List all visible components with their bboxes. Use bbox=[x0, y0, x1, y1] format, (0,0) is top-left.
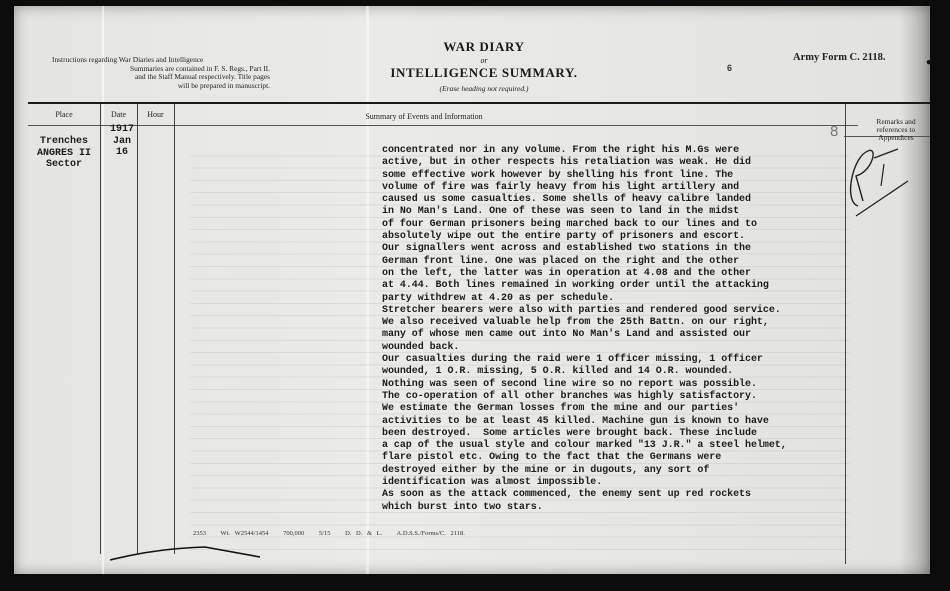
summary-line: which burst into two stars. bbox=[382, 502, 852, 514]
remarks-initials-signature bbox=[838, 146, 918, 226]
summary-line: Stretcher bearers were also with parties… bbox=[382, 305, 852, 317]
summary-line: activities to be at least 45 killed. Mac… bbox=[382, 416, 852, 428]
summary-line: We estimate the German losses from the m… bbox=[382, 403, 852, 415]
fold-crease bbox=[102, 6, 104, 574]
title-intelligence-summary: INTELLIGENCE SUMMARY. bbox=[364, 65, 604, 81]
summary-line: concentrated nor in any volume. From the… bbox=[382, 145, 852, 157]
summary-line: wounded, 1 O.R. missing, 5 O.R. killed a… bbox=[382, 366, 852, 378]
entry-place: Trenches ANGRES II Sector bbox=[28, 136, 100, 171]
summary-line: in No Man's Land. One of these was seen … bbox=[382, 206, 852, 218]
title-note: (Erase heading not required.) bbox=[364, 84, 604, 93]
summary-line: many of whose men came out into No Man's… bbox=[382, 329, 852, 341]
column-divider bbox=[100, 104, 101, 554]
army-form-number: Army Form C. 2118. bbox=[793, 52, 885, 63]
column-divider bbox=[174, 104, 175, 554]
summary-line: been destroyed. Some articles were broug… bbox=[382, 428, 852, 440]
sheet-number: 8 bbox=[830, 123, 838, 140]
page-number: 6 bbox=[727, 63, 732, 73]
form-title: WAR DIARY or INTELLIGENCE SUMMARY. (Eras… bbox=[364, 39, 604, 93]
summary-line: flare pistol etc. Owing to the fact that… bbox=[382, 452, 852, 464]
header-bottom-rule bbox=[28, 125, 858, 126]
summary-line: identification was almost impossible. bbox=[382, 477, 852, 489]
summary-line: German front line. One was placed on the… bbox=[382, 256, 852, 268]
summary-line: some effective work however by shelling … bbox=[382, 170, 852, 182]
summary-line: of four German prisoners being marched b… bbox=[382, 219, 852, 231]
summary-line: wounded back. bbox=[382, 342, 852, 354]
summary-line: absolutely wipe out the entire party of … bbox=[382, 231, 852, 243]
summary-line: Our signallers went across and establish… bbox=[382, 243, 852, 255]
summary-line: destroyed either by the mine or in dugou… bbox=[382, 465, 852, 477]
summary-line: We also received valuable help from the … bbox=[382, 317, 852, 329]
summary-line: at 4.44. Both lines remained in working … bbox=[382, 280, 852, 292]
summary-line: volume of fire was fairly heavy from his… bbox=[382, 182, 852, 194]
column-header-place: Place bbox=[28, 110, 100, 119]
entry-date: 1917 Jan 16 bbox=[102, 124, 142, 159]
summary-line: The co-operation of all other branches w… bbox=[382, 391, 852, 403]
column-header-summary: Summary of Events and Information bbox=[174, 112, 674, 121]
summary-line: a cap of the usual style and colour mark… bbox=[382, 440, 852, 452]
column-header-date: Date bbox=[100, 110, 137, 119]
page-edge-shadow bbox=[900, 6, 930, 574]
column-divider bbox=[137, 104, 138, 554]
summary-line: active, but in other respects his retali… bbox=[382, 157, 852, 169]
summary-of-events: concentrated nor in any volume. From the… bbox=[382, 145, 852, 514]
summary-line: party withdrew at 4.20 as per schedule. bbox=[382, 293, 852, 305]
column-header-hour: Hour bbox=[137, 110, 174, 119]
form-instructions: Instructions regarding War Diaries and I… bbox=[52, 56, 270, 90]
page-curl-edge bbox=[110, 545, 280, 565]
title-war-diary: WAR DIARY bbox=[364, 39, 604, 55]
header-top-rule bbox=[28, 102, 930, 104]
title-or: or bbox=[364, 56, 604, 65]
summary-line: caused us some casualties. Some shells o… bbox=[382, 194, 852, 206]
form-printer-footer: 2353 Wt. W2544/1454 700,000 5/15 D. D. &… bbox=[193, 530, 475, 537]
summary-line: on the left, the latter was in operation… bbox=[382, 268, 852, 280]
summary-line: As soon as the attack commenced, the ene… bbox=[382, 489, 852, 501]
summary-line: Nothing was seen of second line wire so … bbox=[382, 379, 852, 391]
summary-line: Our casualties during the raid were 1 of… bbox=[382, 354, 852, 366]
column-header-remarks: Remarks and references to Appendices bbox=[861, 118, 931, 142]
